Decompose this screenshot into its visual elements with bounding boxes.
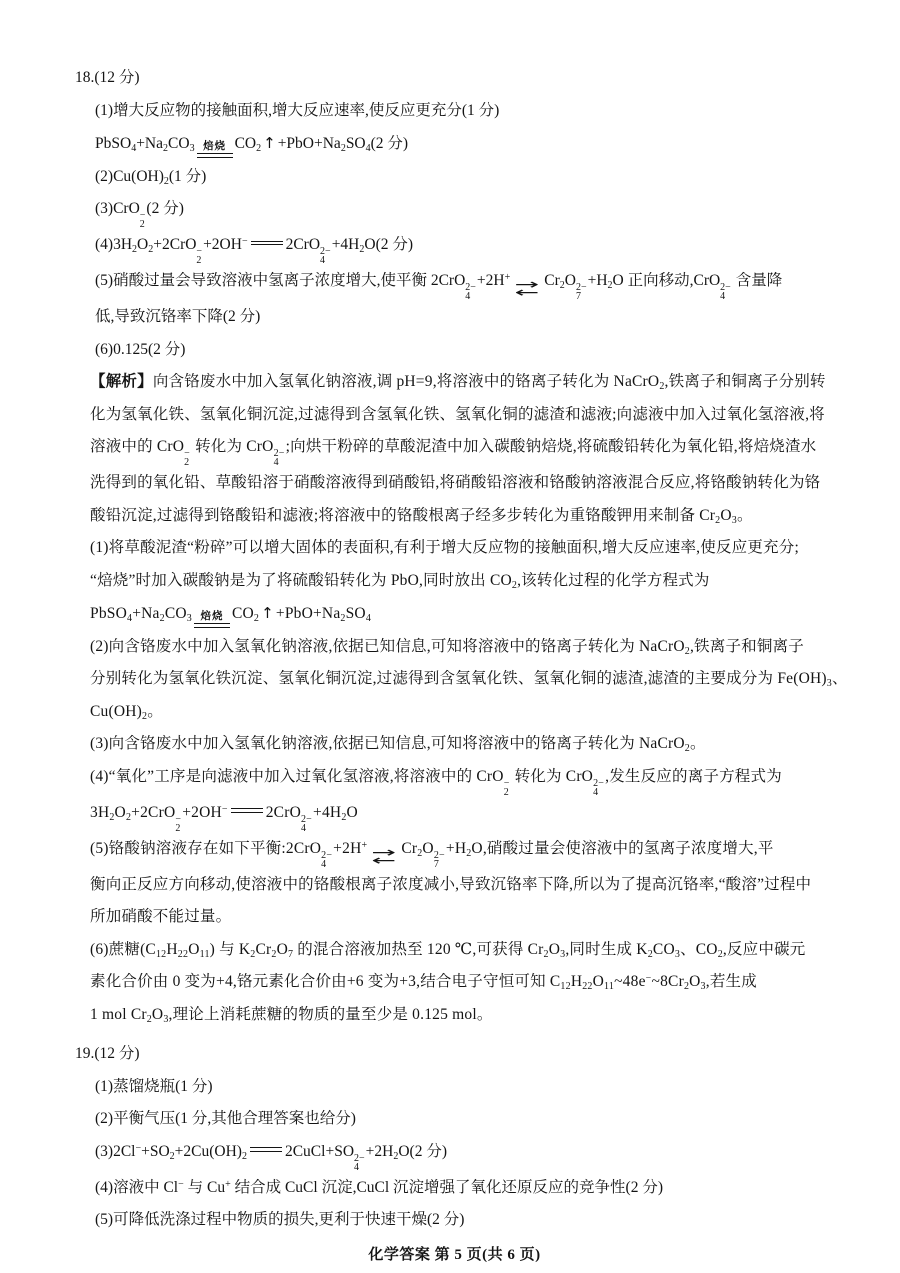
text-line: 溶液中的 CrO−2 转化为 CrO2−4;向烘干粉碎的草酸泥渣中加入碳酸钠焙烧… bbox=[90, 431, 834, 467]
document-body: 18.(12 分)(1)增大反应物的接触面积,增大反应速率,使反应更充分(1 分… bbox=[75, 62, 834, 1237]
equals-sign bbox=[250, 1147, 282, 1152]
text-line: (6)蔗糖(C12H22O11) 与 K2Cr2O7 的混合溶液加热至 120 … bbox=[90, 934, 834, 967]
text-line: 1 mol Cr2O3,理论上消耗蔗糖的物质的量至少是 0.125 mol。 bbox=[90, 999, 834, 1032]
text-line: 素化合价由 0 变为+4,铬元素化合价由+6 变为+3,结合电子守恒可知 C12… bbox=[90, 966, 834, 999]
text-line: (2)向含铬废水中加入氢氧化钠溶液,依据已知信息,可知将溶液中的铬离子转化为 N… bbox=[90, 631, 834, 664]
stacked-charge: 2−4 bbox=[354, 1154, 365, 1172]
text-line: (1)增大反应物的接触面积,增大反应速率,使反应更充分(1 分) bbox=[95, 95, 834, 128]
text-line: 化为氢氧化铁、氢氧化铜沉淀,过滤得到含氢氧化铁、氢氧化铜的滤渣和滤液;向滤液中加… bbox=[90, 399, 834, 432]
text-line: (2)Cu(OH)2(1 分) bbox=[95, 161, 834, 194]
text-line: PbSO4+Na2CO3焙烧CO2↑+PbO+Na2SO4 bbox=[90, 597, 834, 631]
text-line: Cu(OH)2。 bbox=[90, 696, 834, 729]
answer-sheet-page: 18.(12 分)(1)增大反应物的接触面积,增大反应速率,使反应更充分(1 分… bbox=[0, 0, 900, 1271]
stacked-charge: −2 bbox=[140, 211, 146, 229]
text-line: “焙烧”时加入碳酸钠是为了将硫酸铅转化为 PbO,同时放出 CO2,该转化过程的… bbox=[90, 565, 834, 598]
text-line: (5)可降低洗涤过程中物质的损失,更利于快速干燥(2 分) bbox=[95, 1204, 834, 1237]
text-line: 低,导致沉铬率下降(2 分) bbox=[95, 301, 834, 334]
text-line: (4)溶液中 Cl− 与 Cu+ 结合成 CuCl 沉淀,CuCl 沉淀增强了氧… bbox=[95, 1172, 834, 1205]
text-line: 洗得到的氧化铅、草酸铅溶于硝酸溶液得到硝酸铅,将硝酸铅溶液和铬酸钠溶液混合反应,… bbox=[90, 467, 834, 500]
stacked-charge: 2−4 bbox=[274, 449, 285, 467]
equilibrium-arrows-icon: →← bbox=[369, 850, 399, 866]
stacked-charge: 2−4 bbox=[465, 283, 476, 301]
equals-with-condition: 焙烧 bbox=[194, 611, 230, 628]
stacked-charge: 2−7 bbox=[576, 283, 587, 301]
text-line: 3H2O2+2CrO−2+2OH−2CrO2−4+4H2O bbox=[90, 797, 834, 833]
text-line: 【解析】向含铬废水中加入氢氧化钠溶液,调 pH=9,将溶液中的铬离子转化为 Na… bbox=[90, 366, 834, 399]
equals-sign bbox=[231, 808, 263, 813]
question-heading: 18.(12 分) bbox=[75, 62, 834, 95]
stacked-charge: 2−4 bbox=[593, 779, 604, 797]
text-line: (1)蒸馏烧瓶(1 分) bbox=[95, 1071, 834, 1104]
text-line: (6)0.125(2 分) bbox=[95, 334, 834, 367]
stacked-charge: 2−4 bbox=[320, 247, 331, 265]
text-line: PbSO4+Na2CO3焙烧CO2↑+PbO+Na2SO4(2 分) bbox=[95, 127, 834, 161]
gas-up-arrow-icon: ↑ bbox=[261, 604, 274, 622]
text-line: (5)硝酸过量会导致溶液中氢离子浓度增大,使平衡 2CrO2−4+2H+→←Cr… bbox=[95, 265, 834, 301]
text-line: (5)铬酸钠溶液存在如下平衡:2CrO2−4+2H+→←Cr2O2−7+H2O,… bbox=[90, 833, 834, 869]
stacked-charge: 2−4 bbox=[720, 283, 731, 301]
text-line: (1)将草酸泥渣“粉碎”可以增大固体的表面积,有利于增大反应物的接触面积,增大反… bbox=[90, 532, 834, 565]
stacked-charge: −2 bbox=[184, 449, 190, 467]
question-heading: 19.(12 分) bbox=[75, 1038, 834, 1071]
text-line: 衡向正反应方向移动,使溶液中的铬酸根离子浓度减小,导致沉铬率下降,所以为了提高沉… bbox=[90, 869, 834, 902]
equals-sign bbox=[251, 241, 283, 246]
text-line: 所加硝酸不能过量。 bbox=[90, 901, 834, 934]
stacked-charge: 2−4 bbox=[321, 851, 332, 869]
equilibrium-arrows-icon: →← bbox=[512, 282, 542, 298]
text-line: (4)3H2O2+2CrO−2+2OH−2CrO2−4+4H2O(2 分) bbox=[95, 229, 834, 265]
gas-up-arrow-icon: ↑ bbox=[263, 134, 276, 152]
text-line: 分别转化为氢氧化铁沉淀、氢氧化铜沉淀,过滤得到含氢氧化铁、氢氧化铜的滤渣,滤渣的… bbox=[90, 663, 834, 696]
text-line: (4)“氧化”工序是向滤液中加入过氧化氢溶液,将溶液中的 CrO−2 转化为 C… bbox=[90, 761, 834, 797]
stacked-charge: 2−7 bbox=[434, 851, 445, 869]
equals-with-condition: 焙烧 bbox=[197, 141, 233, 158]
text-line: (3)向含铬废水中加入氢氧化钠溶液,依据已知信息,可知将溶液中的铬离子转化为 N… bbox=[90, 728, 834, 761]
text-line: 酸铅沉淀,过滤得到铬酸铅和滤液;将溶液中的铬酸根离子经多步转化为重铬酸钾用来制备… bbox=[90, 500, 834, 533]
stacked-charge: −2 bbox=[175, 815, 181, 833]
stacked-charge: −2 bbox=[196, 247, 202, 265]
text-line: (3)2Cl−+SO2+2Cu(OH)22CuCl+SO2−4+2H2O(2 分… bbox=[95, 1136, 834, 1172]
text-line: (2)平衡气压(1 分,其他合理答案也给分) bbox=[95, 1103, 834, 1136]
page-footer: 化学答案 第 5 页(共 6 页) bbox=[75, 1239, 834, 1271]
text-line: (3)CrO−2(2 分) bbox=[95, 193, 834, 229]
stacked-charge: −2 bbox=[504, 779, 510, 797]
stacked-charge: 2−4 bbox=[301, 815, 312, 833]
